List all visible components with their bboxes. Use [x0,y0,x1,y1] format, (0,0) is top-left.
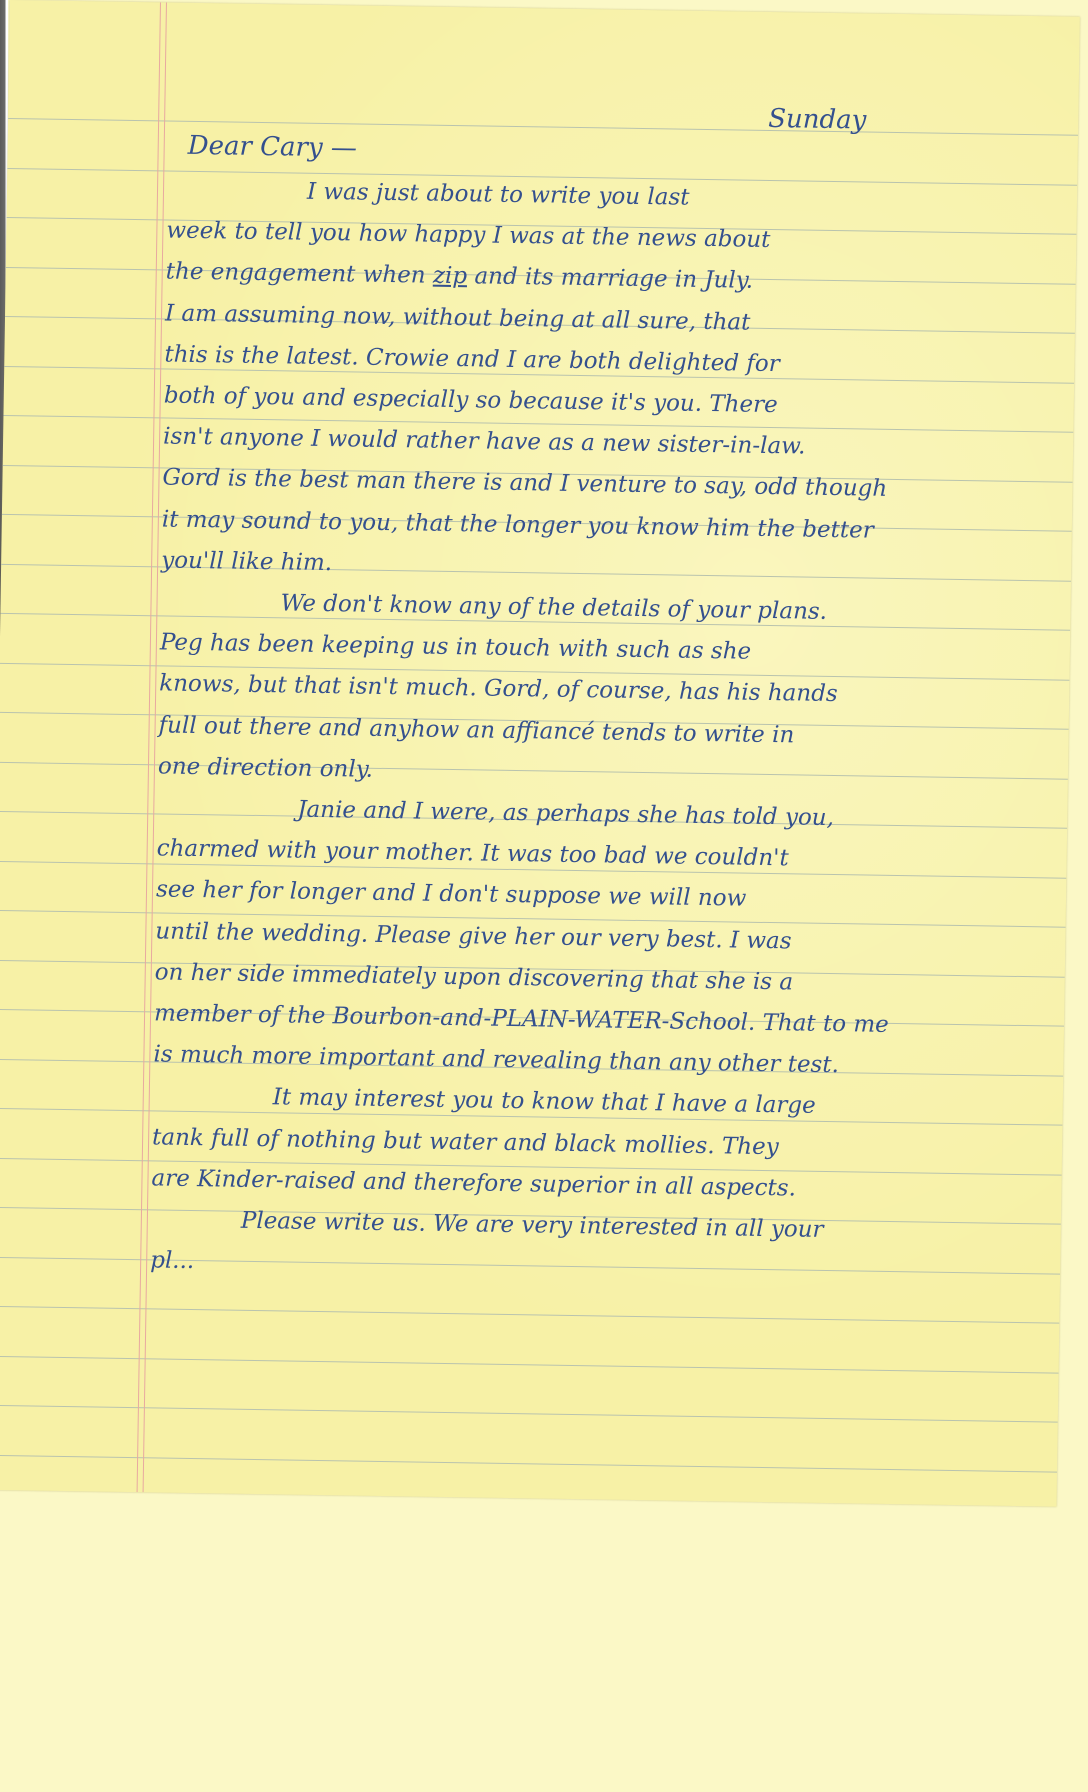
letter-line: tank full of nothing but water and black… [152,1122,779,1162]
letter-line: It may interest you to know that I have … [273,1083,816,1122]
letter-line: until the wedding. Please give her our v… [155,916,792,956]
letter-line: pl... [150,1246,194,1277]
letter-line: isn't anyone I would rather have as a ne… [163,422,806,462]
letter-line: full out there and anyhow an affiancé te… [158,710,794,750]
rule-line [8,118,1078,136]
rule-line [0,1356,1059,1374]
letter-body: Sunday Dear Cary — I was just about to w… [190,3,950,15]
letter-line: Gord is the best man there is and I vent… [162,463,887,504]
letter-line: charmed with your mother. It was too bad… [156,834,789,874]
letter-line: on her side immediately upon discovering… [155,957,794,997]
letter-date: Sunday [768,104,867,136]
letter-line: this is the latest. Crowie and I are bot… [164,339,780,379]
letter-line: both of you and especially so because it… [164,380,778,420]
letter-line: is much more important and revealing tha… [153,1040,839,1081]
letter-line: Peg has been keeping us in touch with su… [160,628,752,667]
ruled-lines [10,0,1080,17]
letter-line: week to tell you how happy I was at the … [166,216,770,255]
letter-line: I was just about to write you last [307,177,690,213]
letter-line: one direction only. [158,751,373,784]
rule-line [0,1405,1058,1423]
letter-line: We don't know any of the details of your… [280,588,827,627]
letter-line: Janie and I were, as perhaps she has tol… [297,795,834,833]
legal-pad-page: Sunday Dear Cary — I was just about to w… [0,0,1080,1507]
letter-salutation: Dear Cary — [187,131,357,164]
letter-line: see her for longer and I don't suppose w… [156,875,747,914]
letter-line: member of the Bourbon-and-PLAIN-WATER-Sc… [154,998,889,1040]
letter-line: I am assuming now, without being at all … [165,298,751,337]
rule-line [0,1306,1059,1324]
letter-line: Please write us. We are very interested … [241,1206,824,1245]
rule-line [0,1455,1057,1473]
letter-line: it may sound to you, that the longer you… [162,504,874,545]
letter-line: you'll like him. [161,545,332,578]
letter-line: the engagement when zip and its marriage… [166,257,754,296]
